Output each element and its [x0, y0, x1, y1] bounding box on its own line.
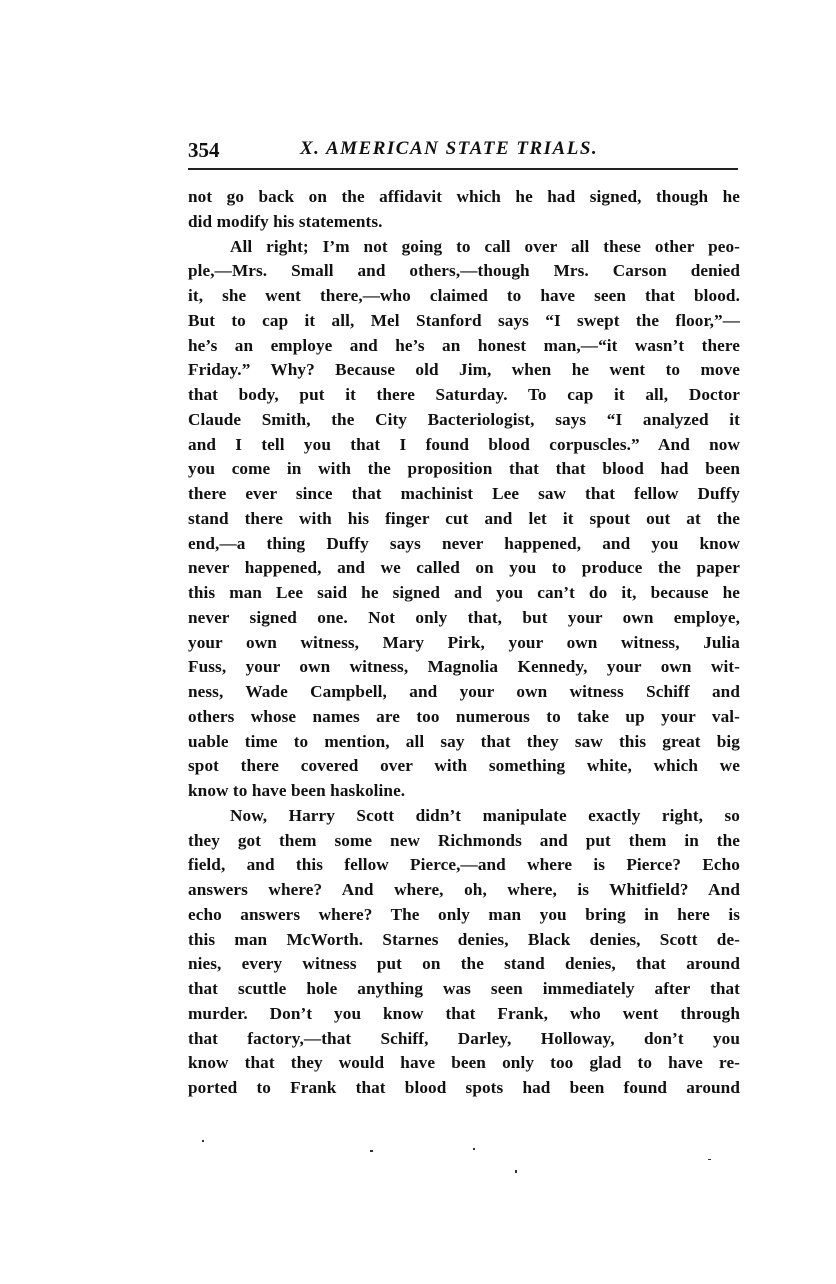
header-rule [188, 168, 738, 170]
text-line: others whose names are too numerous to t… [188, 705, 740, 730]
text-line: field, and this fellow Pierce,—and where… [188, 853, 740, 878]
text-line: this man Lee said he signed and you can’… [188, 581, 740, 606]
text-line: nies, every witness put on the stand den… [188, 952, 740, 977]
text-line: not go back on the affidavit which he ha… [188, 185, 740, 210]
text-line: never happened, and we called on you to … [188, 556, 740, 581]
scan-speck [708, 1159, 711, 1160]
scan-speck [473, 1148, 475, 1150]
text-line: murder. Don’t you know that Frank, who w… [188, 1002, 740, 1027]
scan-speck [515, 1170, 517, 1173]
text-line: uable time to mention, all say that they… [188, 730, 740, 755]
text-line: answers where? And where, oh, where, is … [188, 878, 740, 903]
text-line: Fuss, your own witness, Magnolia Kennedy… [188, 655, 740, 680]
text-line: spot there covered over with something w… [188, 754, 740, 779]
text-line: But to cap it all, Mel Stanford says “I … [188, 309, 740, 334]
text-line: All right; I’m not going to call over al… [188, 235, 740, 260]
text-line: did modify his statements. [188, 210, 740, 235]
book-page: 354 X. AMERICAN STATE TRIALS. not go bac… [188, 138, 740, 166]
text-line: they got them some new Richmonds and put… [188, 829, 740, 854]
text-line: end,—a thing Duffy says never happened, … [188, 532, 740, 557]
text-line: your own witness, Mary Pirk, your own wi… [188, 631, 740, 656]
text-line: Claude Smith, the City Bacteriologist, s… [188, 408, 740, 433]
scan-speck [370, 1150, 373, 1152]
text-line: you come in with the proposition that th… [188, 457, 740, 482]
text-line: Friday.” Why? Because old Jim, when he w… [188, 358, 740, 383]
text-line: and I tell you that I found blood corpus… [188, 433, 740, 458]
text-line: this man McWorth. Starnes denies, Black … [188, 928, 740, 953]
text-line: he’s an employe and he’s an honest man,—… [188, 334, 740, 359]
text-line: never signed one. Not only that, but you… [188, 606, 740, 631]
text-line: know that they would have been only too … [188, 1051, 740, 1076]
text-line: ported to Frank that blood spots had bee… [188, 1076, 740, 1101]
text-line: that body, put it there Saturday. To cap… [188, 383, 740, 408]
body-text: not go back on the affidavit which he ha… [188, 185, 740, 1101]
text-line: Now, Harry Scott didn’t manipulate exact… [188, 804, 740, 829]
text-line: ness, Wade Campbell, and your own witnes… [188, 680, 740, 705]
text-line: ple,—Mrs. Small and others,—though Mrs. … [188, 259, 740, 284]
text-line: stand there with his finger cut and let … [188, 507, 740, 532]
text-line: that factory,—that Schiff, Darley, Hollo… [188, 1027, 740, 1052]
text-line: that scuttle hole anything was seen imme… [188, 977, 740, 1002]
running-head: 354 X. AMERICAN STATE TRIALS. [188, 138, 740, 166]
text-line: it, she went there,—who claimed to have … [188, 284, 740, 309]
page-number: 354 [188, 138, 220, 163]
text-line: echo answers where? The only man you bri… [188, 903, 740, 928]
running-title: X. AMERICAN STATE TRIALS. [300, 138, 598, 160]
text-line: there ever since that machinist Lee saw … [188, 482, 740, 507]
scan-speck [202, 1140, 204, 1142]
text-line: know to have been haskoline. [188, 779, 740, 804]
